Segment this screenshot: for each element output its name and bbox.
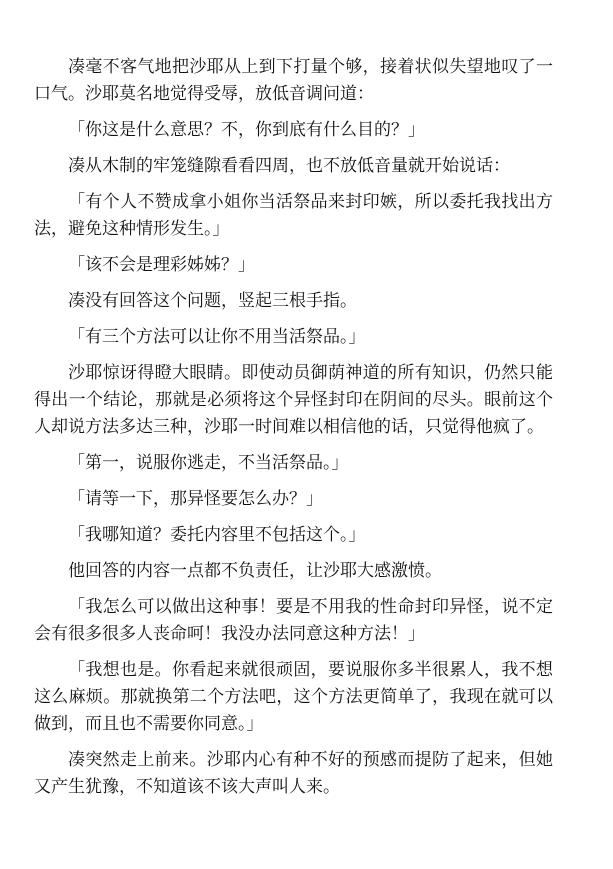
- paragraph: 沙耶惊讶得瞪大眼睛。即使动员御荫神道的所有知识，仍然只能得出一个结论，那就是必须…: [34, 359, 553, 440]
- paragraph: 凑毫不客气地把沙耶从上到下打量个够，接着状似失望地叹了一口气。沙耶莫名地觉得受辱…: [34, 53, 553, 107]
- paragraph: 「我想也是。你看起来就很顽固，要说服你多半很累人，我不想这么麻烦。那就换第二个方…: [34, 656, 553, 737]
- paragraph: 「请等一下，那异怪要怎么办？」: [34, 485, 553, 512]
- paragraph: 「你这是什么意思？不，你到底有什么目的？」: [34, 116, 553, 143]
- paragraph: 凑没有回答这个问题，竖起三根手指。: [34, 287, 553, 314]
- paragraph: 「有个人不赞成拿小姐你当活祭品来封印嫉，所以委托我找出方法，避免这种情形发生。」: [34, 188, 553, 242]
- paragraph: 凑突然走上前来。沙耶内心有种不好的预感而提防了起来，但她又产生犹豫，不知道该不该…: [34, 746, 553, 800]
- paragraph: 「我哪知道？委托内容里不包括这个。」: [34, 521, 553, 548]
- paragraph: 「我怎么可以做出这种事！要是不用我的性命封印异怪，说不定会有很多很多人丧命呵！我…: [34, 593, 553, 647]
- paragraph: 「该不会是理彩姊姊？」: [34, 251, 553, 278]
- paragraph: 「有三个方法可以让你不用当活祭品。」: [34, 323, 553, 350]
- novel-page: 凑毫不客气地把沙耶从上到下打量个够，接着状似失望地叹了一口气。沙耶莫名地觉得受辱…: [0, 0, 613, 869]
- paragraph: 他回答的内容一点都不负责任，让沙耶大感激愤。: [34, 557, 553, 584]
- paragraph: 「第一，说服你逃走，不当活祭品。」: [34, 449, 553, 476]
- paragraph: 凑从木制的牢笼缝隙看看四周，也不放低音量就开始说话：: [34, 152, 553, 179]
